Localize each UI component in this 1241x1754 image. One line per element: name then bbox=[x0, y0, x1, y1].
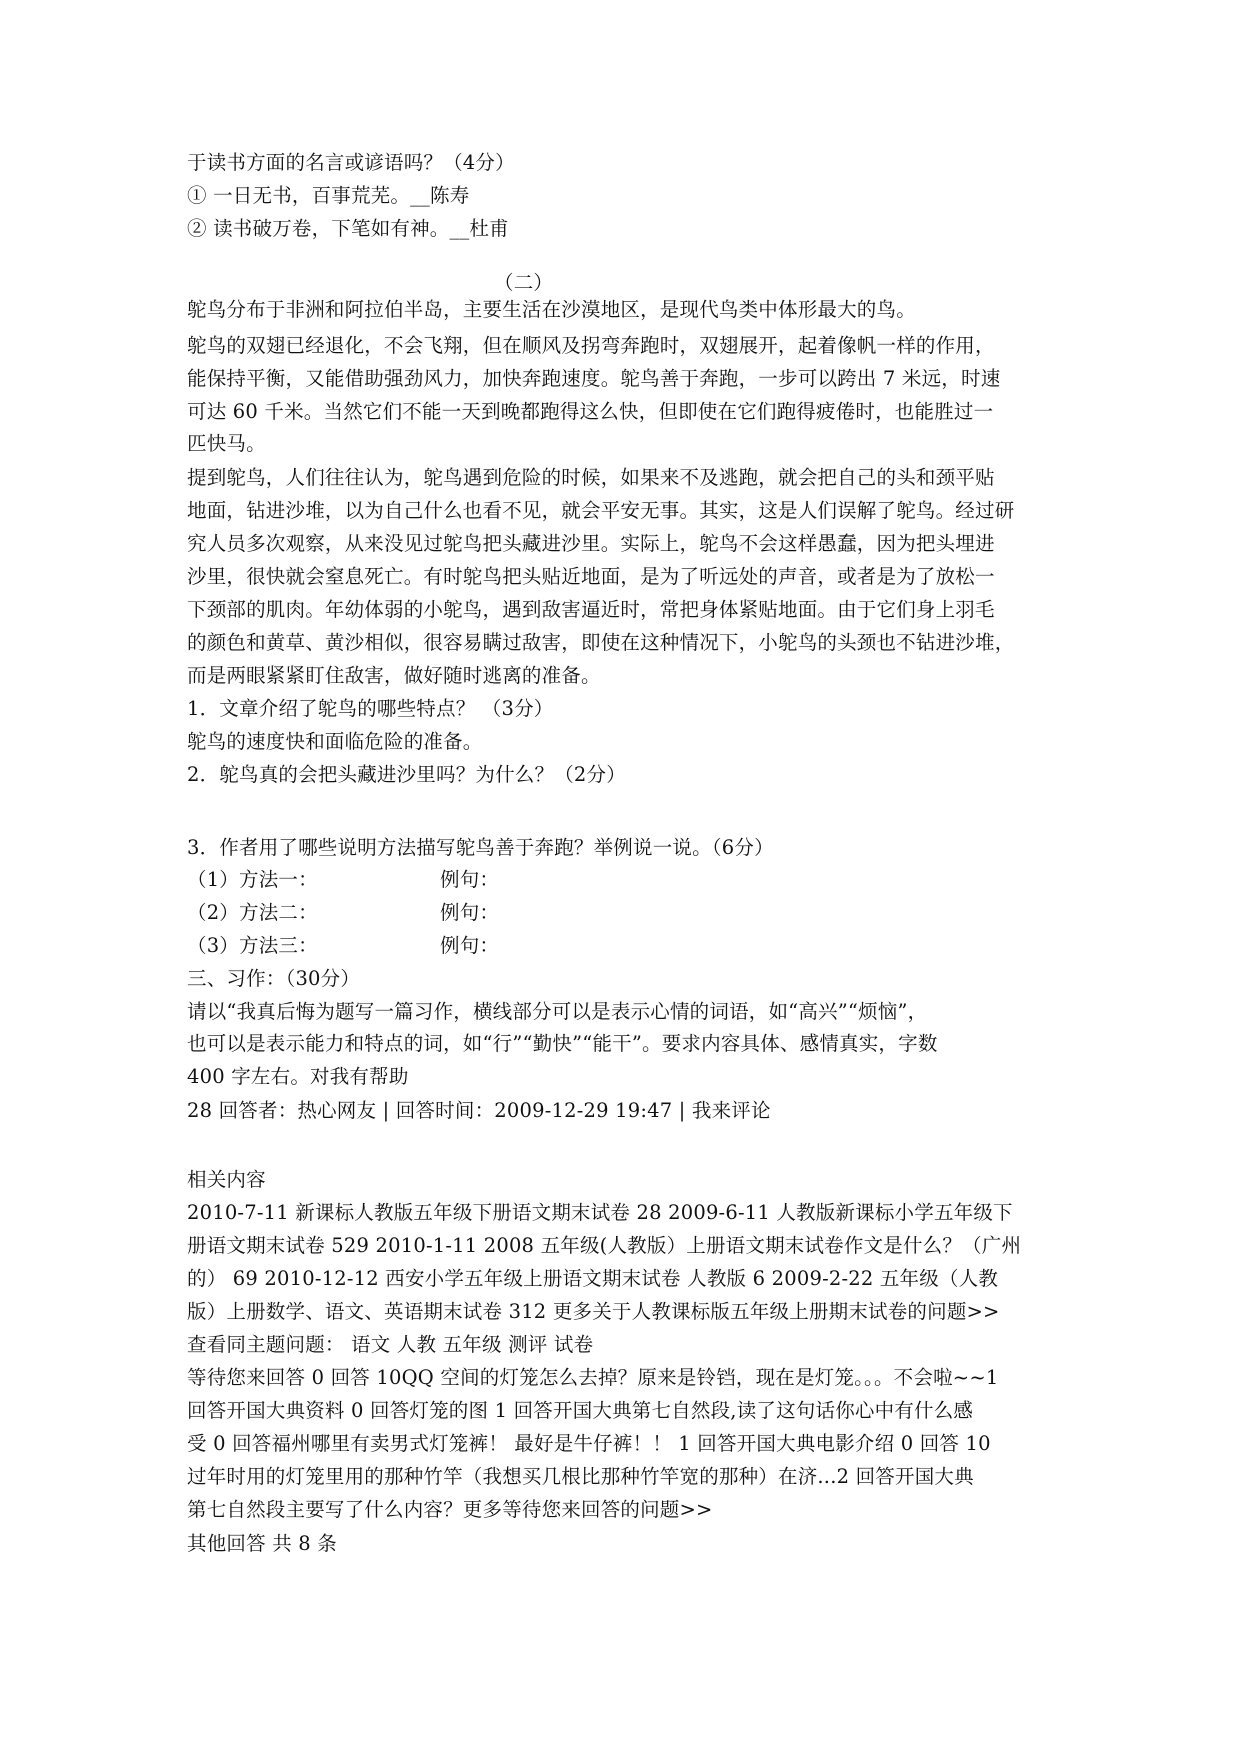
related-heading: 相关内容 bbox=[187, 1168, 266, 1192]
answer-1: 鸵鸟的速度快和面临危险的准备。 bbox=[187, 730, 483, 754]
paragraph-line: 地面，钻进沙堆，以为自己什么也看不见，就会平安无事。其实，这是人们误解了鸵鸟。经… bbox=[187, 499, 1014, 523]
waiting-line: 第七自然段主要写了什么内容？更多等待您来回答的问题>> bbox=[187, 1498, 713, 1522]
proverb-item: ① 一日无书，百事荒芜。__陈寿 bbox=[187, 184, 469, 208]
waiting-line: 等待您来回答 0 回答 10QQ 空间的灯笼怎么去掉？原来是铃铛，现在是灯笼。。… bbox=[187, 1366, 998, 1390]
prompt-line: 400 字左右。对我有帮助 bbox=[187, 1065, 409, 1089]
prompt-line: 也可以是表示能力和特点的词，如“行”“勤快”“能干”。要求内容具体、感情真实，字… bbox=[187, 1032, 938, 1056]
method-label: （3）方法三： bbox=[187, 934, 318, 957]
question-tail: 于读书方面的名言或谚语吗？（4分） bbox=[187, 151, 515, 175]
prompt-line: 请以“我真后悔为题写一篇习作，横线部分可以是表示心情的词语，如“高兴”“烦恼”， bbox=[187, 1000, 927, 1024]
section-heading: （二） bbox=[494, 271, 553, 295]
paragraph-line: 鸵鸟分布于非洲和阿拉伯半岛，主要生活在沙漠地区，是现代鸟类中体形最大的鸟。 bbox=[187, 298, 916, 322]
paragraph-line: 而是两眼紧紧盯住敌害，做好随时逃离的准备。 bbox=[187, 664, 601, 688]
paragraph-line: 究人员多次观察，从来没见过鸵鸟把头藏进沙里。实际上，鸵鸟不会这样愚蠢，因为把头埋… bbox=[187, 532, 995, 556]
proverb-item: ② 读书破万卷，下笔如有神。__杜甫 bbox=[187, 217, 509, 241]
method-label: （2）方法二： bbox=[187, 901, 318, 924]
method-row: （1）方法一： 例句： bbox=[187, 868, 318, 892]
waiting-line: 受 0 回答福州哪里有卖男式灯笼裤！ 最好是牛仔裤！！ 1 回答开国大典电影介绍… bbox=[187, 1432, 991, 1456]
topics-line: 查看同主题问题： 语文 人教 五年级 测评 试卷 bbox=[187, 1333, 593, 1357]
waiting-line: 过年时用的灯笼里用的那种竹竿（我想买几根比那种竹竿宽的那种）在济...2 回答开… bbox=[187, 1465, 974, 1489]
method-example: 例句： bbox=[440, 934, 499, 958]
section-heading: 三、习作：（30分） bbox=[187, 967, 360, 991]
answer-meta: 28 回答者：热心网友 | 回答时间：2009-12-29 19:47 | 我来… bbox=[187, 1099, 771, 1123]
paragraph-line: 沙里，很快就会窒息死亡。有时鸵鸟把头贴近地面，是为了听远处的声音，或者是为了放松… bbox=[187, 565, 995, 589]
method-label: （1）方法一： bbox=[187, 868, 318, 891]
method-example: 例句： bbox=[440, 868, 499, 892]
method-example: 例句： bbox=[440, 901, 499, 925]
question-2: 2．鸵鸟真的会把头藏进沙里吗？为什么？（2分） bbox=[187, 763, 626, 787]
related-line: 册语文期末试卷 529 2010-1-11 2008 五年级(人教版）上册语文期… bbox=[187, 1234, 1021, 1258]
paragraph-line: 的颜色和黄草、黄沙相似，很容易瞒过敌害，即使在这种情况下，小鸵鸟的头颈也不钻进沙… bbox=[187, 631, 1014, 655]
other-answers: 其他回答 共 8 条 bbox=[187, 1532, 337, 1556]
related-line: 的） 69 2010-12-12 西安小学五年级上册语文期末试卷 人教版 6 2… bbox=[187, 1267, 998, 1291]
related-line: 2010-7-11 新课标人教版五年级下册语文期末试卷 28 2009-6-11… bbox=[187, 1201, 1013, 1225]
paragraph-line: 匹快马。 bbox=[187, 432, 266, 456]
question-3: 3．作者用了哪些说明方法描写鸵鸟善于奔跑？举例说一说。（6分） bbox=[187, 836, 774, 860]
document-page: 于读书方面的名言或谚语吗？（4分） ① 一日无书，百事荒芜。__陈寿 ② 读书破… bbox=[0, 0, 1241, 1754]
related-line: 版）上册数学、语文、英语期末试卷 312 更多关于人教课标版五年级上册期末试卷的… bbox=[187, 1300, 1000, 1324]
paragraph-line: 提到鸵鸟，人们往往认为，鸵鸟遇到危险的时候，如果来不及逃跑，就会把自己的头和颈平… bbox=[187, 466, 995, 490]
paragraph-line: 可达 60 千米。当然它们不能一天到晚都跑得这么快，但即使在它们跑得疲倦时，也能… bbox=[187, 400, 993, 424]
question-1: 1．文章介绍了鸵鸟的哪些特点？ （3分） bbox=[187, 697, 554, 721]
waiting-line: 回答开国大典资料 0 回答灯笼的图 1 回答开国大典第七自然段,读了这句话你心中… bbox=[187, 1399, 973, 1423]
method-row: （3）方法三： 例句： bbox=[187, 934, 318, 958]
paragraph-line: 下颈部的肌肉。年幼体弱的小鸵鸟，遇到敌害逼近时，常把身体紧贴地面。由于它们身上羽… bbox=[187, 598, 995, 622]
paragraph-line: 鸵鸟的双翅已经退化，不会飞翔，但在顺风及拐弯奔跑时，双翅展开，起着像帆一样的作用… bbox=[187, 334, 995, 358]
method-row: （2）方法二： 例句： bbox=[187, 901, 318, 925]
paragraph-line: 能保持平衡，又能借助强劲风力，加快奔跑速度。鸵鸟善于奔跑，一步可以跨出 7 米远… bbox=[187, 367, 1000, 391]
